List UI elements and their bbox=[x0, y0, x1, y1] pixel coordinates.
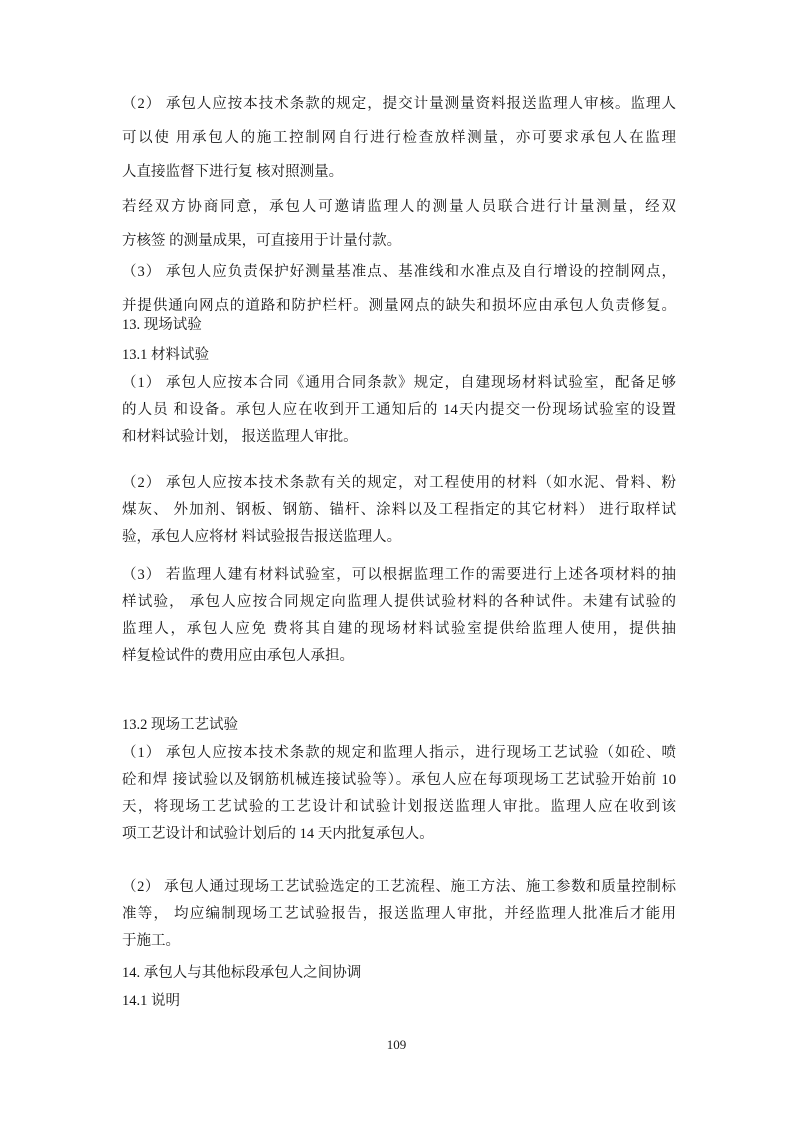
text-line: 和材料试验计划， 报送监理人审批。 bbox=[122, 424, 676, 451]
text-line: 若经双方协商同意，承包人可邀请监理人的测量人员联合进行计量测量，经双 bbox=[122, 191, 676, 225]
heading-section-14-1: 14.1 说明 bbox=[122, 988, 676, 1015]
heading-text: 13.2 现场工艺试验 bbox=[122, 712, 676, 739]
paragraph-joint-measurement: 若经双方协商同意，承包人可邀请监理人的测量人员联合进行计量测量，经双 方核签 的… bbox=[122, 191, 676, 259]
paragraph-material-lab-setup: （1） 承包人应按本合同《通用合同条款》规定，自建现场材料试验室，配备足够 的人… bbox=[122, 370, 676, 451]
heading-text: 14. 承包人与其他标段承包人之间协调 bbox=[122, 960, 676, 987]
paragraph-process-test-report: （2） 承包人通过现场工艺试验选定的工艺流程、施工方法、施工参数和质量控制标 准… bbox=[122, 874, 676, 955]
text-line: （3） 承包人应负责保护好测量基准点、基准线和水准点及自行增设的控制网点， bbox=[122, 256, 676, 290]
page-number: 109 bbox=[0, 1035, 793, 1055]
paragraph-measurement-submit: （2） 承包人应按本技术条款的规定，提交计量测量资料报送监理人审核。监理人 可以… bbox=[122, 88, 676, 190]
text-line: （1） 承包人应按本合同《通用合同条款》规定，自建现场材料试验室，配备足够 bbox=[122, 370, 676, 397]
text-line: 人直接监督下进行复 核对照测量。 bbox=[122, 156, 676, 190]
heading-section-13: 13. 现场试验 bbox=[122, 312, 676, 339]
text-line: 项工艺设计和试验计划后的 14 天内批复承包人。 bbox=[122, 821, 676, 848]
document-page: （2） 承包人应按本技术条款的规定，提交计量测量资料报送监理人审核。监理人 可以… bbox=[0, 0, 793, 1122]
text-line: （3） 若监理人建有材料试验室，可以根据监理工作的需要进行上述各项材料的抽 bbox=[122, 562, 676, 589]
heading-section-13-2: 13.2 现场工艺试验 bbox=[122, 712, 676, 739]
text-line: （2） 承包人应按本技术条款有关的规定，对工程使用的材料（如水泥、骨料、粉 bbox=[122, 470, 676, 497]
heading-text: 13. 现场试验 bbox=[122, 312, 676, 339]
text-line: 天，将现场工艺试验的工艺设计和试验计划报送监理人审批。监理人应在收到该 bbox=[122, 794, 676, 821]
paragraph-material-sampling: （2） 承包人应按本技术条款有关的规定，对工程使用的材料（如水泥、骨料、粉 煤灰… bbox=[122, 470, 676, 551]
text-line: 准等， 均应编制现场工艺试验报告，报送监理人审批，并经监理人批准后才能用 bbox=[122, 901, 676, 928]
text-line: 样试验， 承包人应按合同规定向监理人提供试验材料的各种试件。未建有试验的 bbox=[122, 589, 676, 616]
text-line: 方核签 的测量成果，可直接用于计量付款。 bbox=[122, 225, 676, 259]
heading-text: 13.1 材料试验 bbox=[122, 342, 676, 369]
text-line: 的人员 和设备。承包人应在收到开工通知后的 14天内提交一份现场试验室的设置 bbox=[122, 397, 676, 424]
text-line: 砼和焊 接试验以及钢筋机械连接试验等）。承包人应在每项现场工艺试验开始前 10 bbox=[122, 767, 676, 794]
text-line: 于施工。 bbox=[122, 928, 676, 955]
heading-section-14: 14. 承包人与其他标段承包人之间协调 bbox=[122, 960, 676, 987]
heading-section-13-1: 13.1 材料试验 bbox=[122, 342, 676, 369]
text-line: （1） 承包人应按本技术条款的规定和监理人指示，进行现场工艺试验（如砼、喷 bbox=[122, 740, 676, 767]
text-line: 可以使 用承包人的施工控制网自行进行检查放样测量，亦可要求承包人在监理 bbox=[122, 122, 676, 156]
text-line: （2） 承包人应按本技术条款的规定，提交计量测量资料报送监理人审核。监理人 bbox=[122, 88, 676, 122]
paragraph-supervisor-lab: （3） 若监理人建有材料试验室，可以根据监理工作的需要进行上述各项材料的抽 样试… bbox=[122, 562, 676, 670]
paragraph-process-test-plan: （1） 承包人应按本技术条款的规定和监理人指示，进行现场工艺试验（如砼、喷 砼和… bbox=[122, 740, 676, 848]
text-line: 监理人，承包人应免 费将其自建的现场材料试验室提供给监理人使用，提供抽 bbox=[122, 616, 676, 643]
text-line: 样复检试件的费用应由承包人承担。 bbox=[122, 643, 676, 670]
text-line: （2） 承包人通过现场工艺试验选定的工艺流程、施工方法、施工参数和质量控制标 bbox=[122, 874, 676, 901]
text-line: 验，承包人应将材 料试验报告报送监理人。 bbox=[122, 524, 676, 551]
text-line: 煤灰、 外加剂、钢板、钢筋、锚杆、涂料以及工程指定的其它材料） 进行取样试 bbox=[122, 497, 676, 524]
heading-text: 14.1 说明 bbox=[122, 988, 676, 1015]
